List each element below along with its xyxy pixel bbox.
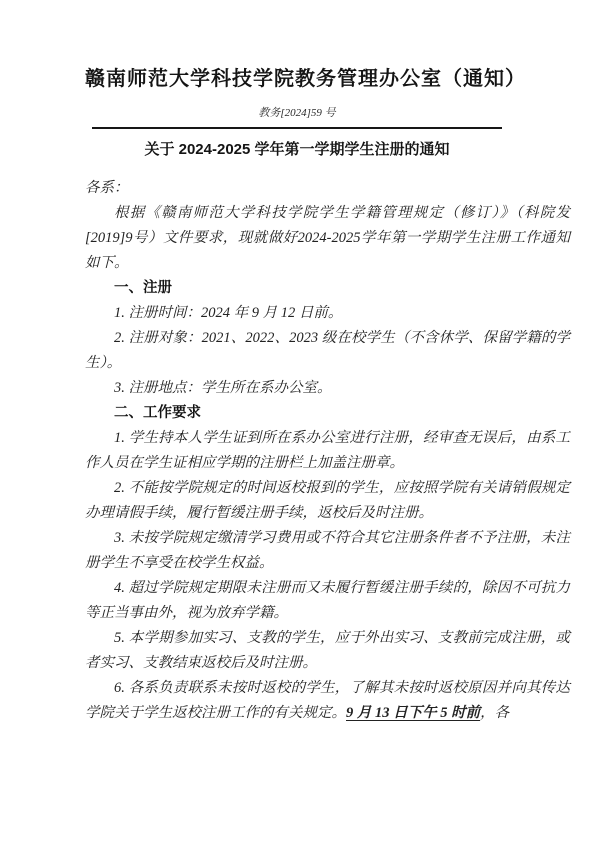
section-2-item-5: 5. 本学期参加实习、支教的学生，应于外出实习、支教前完成注册，或者实习、支教结…	[85, 626, 570, 676]
section-2-item-3: 3. 未按学院规定缴清学习费用或不符合其它注册条件者不予注册，未注册学生不享受在…	[85, 526, 570, 576]
section-2-item-1: 1. 学生持本人学生证到所在系办公室进行注册，经审查无误后，由系工作人员在学生证…	[85, 426, 570, 476]
issuing-office-title: 赣南师范大学科技学院教务管理办公室（通知）	[85, 62, 509, 91]
item-6-tail: ，各	[480, 705, 509, 721]
section-1-item-2: 2. 注册对象：2021、2022、2023 级在校学生（不含休学、保留学籍的学…	[85, 326, 570, 376]
section-1-item-3: 3. 注册地点：学生所在系办公室。	[85, 376, 570, 401]
notice-body: 各系： 根据《赣南师范大学科技学院学生学籍管理规定（修订）》（科院发[2019]…	[85, 176, 570, 726]
section-2-item-4: 4. 超过学院规定期限未注册而又未履行暂缓注册手续的，除因不可抗力等正当事由外，…	[85, 576, 570, 626]
section-2-heading: 二、工作要求	[85, 401, 570, 426]
notice-title: 关于 2024-2025 学年第一学期学生注册的通知	[85, 138, 509, 159]
section-2-item-2: 2. 不能按学院规定的时间返校报到的学生，应按照学院有关请销假规定办理请假手续，…	[85, 476, 570, 526]
document-number: 教务[2024]59 号	[85, 104, 509, 120]
intro-paragraph: 根据《赣南师范大学科技学院学生学籍管理规定（修订）》（科院发[2019]9号）文…	[85, 201, 570, 276]
document-header: 赣南师范大学科技学院教务管理办公室（通知） 教务[2024]59 号 关于 20…	[85, 62, 509, 159]
salutation: 各系：	[85, 176, 570, 201]
section-2-item-6: 6. 各系负责联系未按时返校的学生，了解其未按时返校原因并向其传达学院关于学生返…	[85, 676, 570, 726]
header-divider-line	[92, 127, 502, 129]
section-1-heading: 一、注册	[85, 276, 570, 301]
item-6-deadline-emphasis: 9 月 13 日下午 5 时前	[346, 705, 480, 721]
section-1-item-1: 1. 注册时间：2024 年 9 月 12 日前。	[85, 301, 570, 326]
notice-document-page: 赣南师范大学科技学院教务管理办公室（通知） 教务[2024]59 号 关于 20…	[0, 0, 595, 841]
